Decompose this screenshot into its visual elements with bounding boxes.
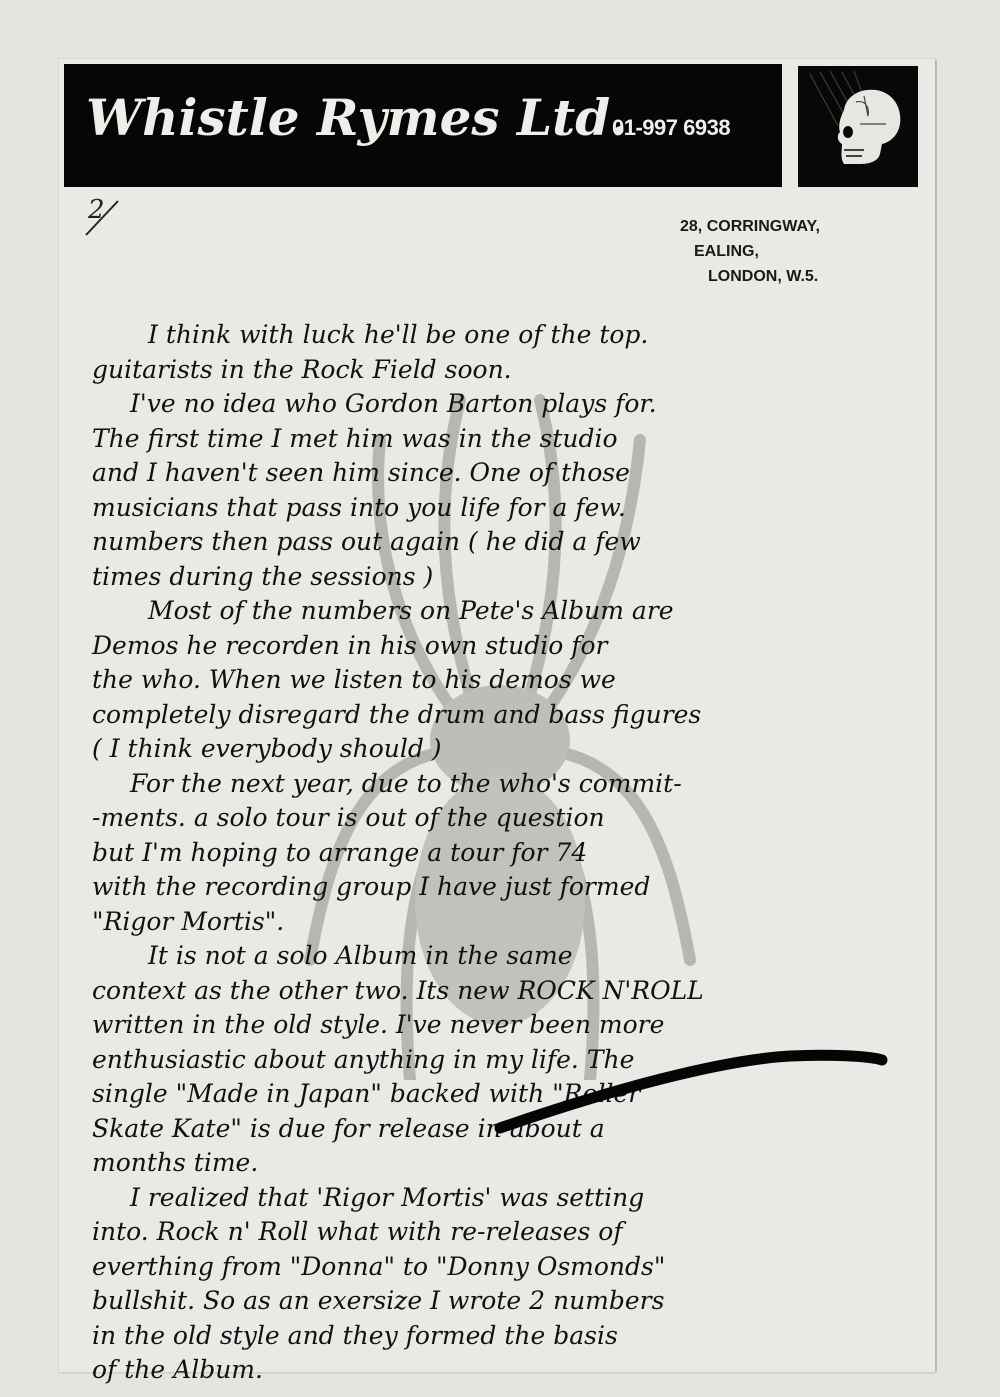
letter-line: bullshit. So as an exersize I wrote 2 nu… [92,1284,942,1319]
letter-line: and I haven't seen him since. One of tho… [92,456,942,491]
letter-line: everthing from "Donna" to "Donny Osmonds… [92,1250,942,1285]
letter-line: months time. [92,1146,942,1181]
address-line: LONDON, W.5. [680,264,820,289]
letter-body: I think with luck he'll be one of the to… [92,318,942,1388]
letter-line: completely disregard the drum and bass f… [92,698,942,733]
letter-line: the who. When we listen to his demos we [92,663,942,698]
letter-line: The first time I met him was in the stud… [92,422,942,457]
letter-line: into. Rock n' Roll what with re-releases… [92,1215,942,1250]
letter-line: context as the other two. Its new ROCK N… [92,974,942,1009]
letter-line: I've no idea who Gordon Barton plays for… [92,387,942,422]
letter-line: "Rigor Mortis". [92,905,942,940]
address-line: EALING, [680,239,820,264]
letter-line: Demos he recorden in his own studio for [92,629,942,664]
skull-icon [798,66,918,187]
letter-line: guitarists in the Rock Field soon. [92,353,942,388]
letter-line: but I'm hoping to arrange a tour for 74 [92,836,942,871]
letter-line: I think with luck he'll be one of the to… [92,318,942,353]
letter-line: It is not a solo Album in the same [92,939,942,974]
letter-line: musicians that pass into you life for a … [92,491,942,526]
letter-line: numbers then pass out again ( he did a f… [92,525,942,560]
letter-line: with the recording group I have just for… [92,870,942,905]
sender-address: 28, CORRINGWAY, EALING, LONDON, W.5. [680,214,820,289]
company-name: Whistle Rymes Ltd. [86,88,628,147]
letter-line: times during the sessions ) [92,560,942,595]
redaction-stroke [490,1030,890,1140]
letter-line: -ments. a solo tour is out of the questi… [92,801,942,836]
phone-number: 01-997 6938 [612,115,730,141]
letter-line: I realized that 'Rigor Mortis' was setti… [92,1181,942,1216]
letter-line: For the next year, due to the who's comm… [92,767,942,802]
letter-line: of the Album. [92,1353,942,1388]
page-number: 2 [78,195,128,240]
letter-line: Most of the numbers on Pete's Album are [92,594,942,629]
address-line: 28, CORRINGWAY, [680,214,820,239]
letter-line: in the old style and they formed the bas… [92,1319,942,1354]
letter-line: ( I think everybody should ) [92,732,942,767]
